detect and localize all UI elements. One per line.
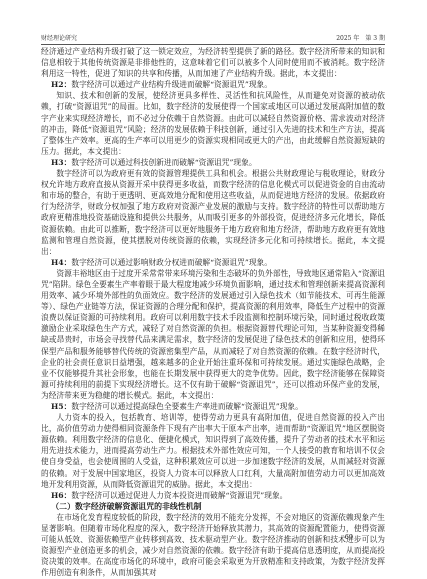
hypothesis-h3: H3：数字经济可以通过科技创新进而破解“资源诅咒”现象。 [41,157,385,168]
page-number: 69 [345,533,353,541]
hypothesis-h4: H4：数字经济可以通过影响财政分权进而破解“资源诅咒”现象。 [41,257,385,268]
paragraph: 人力资本的投入，包括教育、培训等，使得劳动力更具有高附加值，促进自然资源的投入产… [41,412,385,490]
hypothesis-text: 数字经济可以通过产业结构升级进而破解“资源诅咒”现象。 [71,80,272,89]
paragraph-continued: 经济通过产业结构升级打破了这一锁定效应，为经济转型提供了新的路径。数字经济所带来… [41,46,385,79]
journal-page: 财经理论研究 2025 年 第 3 期 经济通过产业结构升级打破了这一锁定效应，… [0,0,427,579]
hypothesis-label: H6： [51,491,71,500]
hypothesis-h5: H5：数字经济可以通过提高绿色全要素生产率进而破解“资源诅咒”现象。 [41,401,385,412]
journal-name: 财经理论研究 [41,35,77,43]
hypothesis-text: 数字经济可以通过促进人力资本投资进而破解“资源诅咒”现象。 [71,491,287,500]
hypothesis-text: 数字经济可以通过科技创新进而破解“资源诅咒”现象。 [71,158,256,167]
hypothesis-label: H5： [51,402,71,411]
paragraph: 知识、技术和创新的发展，使经济更具多样性、灵活性和抗风险性，从而避免对资源的被动… [41,90,385,157]
hypothesis-h6: H6：数字经济可以通过促进人力资本投资进而破解“资源诅咒”现象。 [41,490,385,501]
hypothesis-text: 数字经济可以通过提高绿色全要素生产率进而破解“资源诅咒”现象。 [71,402,302,411]
paragraph: 数字经济可以为政府更有效的资源管理提供工具和机会。根据公共财政理论与税收理论，财… [41,168,385,257]
hypothesis-label: H2： [51,80,71,89]
paragraph: 资源丰裕地区由于过度开采常常带来环境污染和生态破坏的负外部性，导致地区通常陷入“… [41,268,385,401]
section-heading: （二）数字经济破解资源诅咒的非线性机制 [41,501,385,512]
hypothesis-label: H3： [51,158,71,167]
hypothesis-h2: H2：数字经济可以通过产业结构升级进而破解“资源诅咒”现象。 [41,79,385,90]
paragraph: 在市场化发育程度较低的阶段，数字经济的效用不能充分发挥，不会对地区的资源依赖现象… [41,512,385,579]
running-header: 财经理论研究 2025 年 第 3 期 [41,32,385,45]
hypothesis-label: H4： [51,258,71,267]
article-body: 经济通过产业结构升级打破了这一锁定效应，为经济转型提供了新的路径。数字经济所带来… [41,46,385,579]
issue-info: 2025 年 第 3 期 [336,35,385,43]
hypothesis-text: 数字经济可以通过影响财政分权进而破解“资源诅咒”现象。 [71,258,272,267]
